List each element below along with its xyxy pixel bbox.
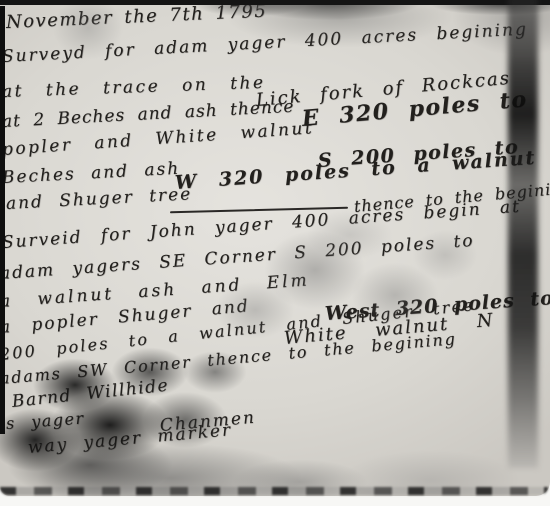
right-fold-shadow [508,0,538,468]
scanned-survey-document: November the 7th 1795 Surveyd for adam y… [0,0,550,506]
left-scan-edge [0,6,5,434]
torn-bottom-edge [0,487,548,495]
top-scan-edge [0,0,550,5]
